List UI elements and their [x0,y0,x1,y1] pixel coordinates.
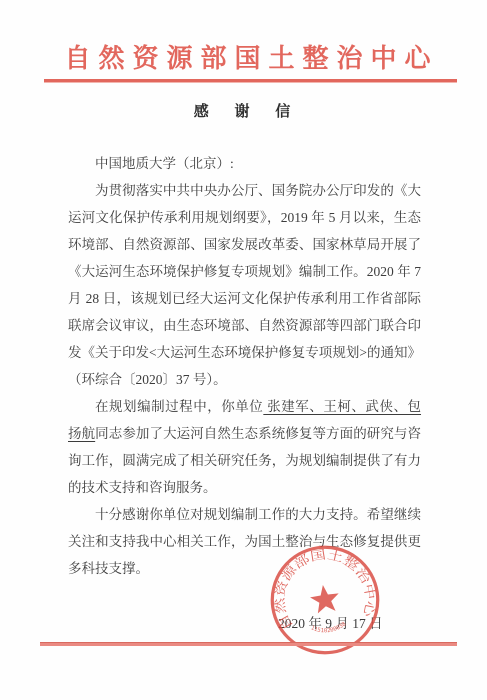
recipient-line: 中国地质大学（北京）: [68,150,421,177]
acknowledgement-prefix: 在规划编制过程中，你单位 [95,399,263,414]
paragraph-background-text: 为贯彻落实中共中央办公厅、国务院办公厅印发的《大运河文化保护传承利用规划纲要》，… [68,183,421,387]
letter-title: 感 谢 信 [0,100,487,121]
seal-code: 11510200038 [309,620,349,636]
acknowledgement-suffix: 同志参加了大运河自然生态系统修复等方面的研究与咨询工作，圆满完成了相关研究任务，… [68,426,421,495]
paragraph-background: 为贯彻落实中共中央办公厅、国务院办公厅印发的《大运河文化保护传承利用规划纲要》，… [68,177,421,393]
letterhead-rule [44,79,457,83]
footer-rule [40,642,457,646]
letter-page: 自然资源部国土整治中心 感 谢 信 中国地质大学（北京）: 为贯彻落实中共中央办… [0,0,487,700]
paragraph-acknowledgement: 在规划编制过程中，你单位 张建军、王柯、武侠、包扬航同志参加了大运河自然生态系统… [68,393,421,501]
seal-star-icon [309,583,341,614]
letterhead-org-name: 自然资源部国土整治中心 [0,38,487,75]
letter-body: 中国地质大学（北京）: 为贯彻落实中共中央办公厅、国务院办公厅印发的《大运河文化… [68,150,421,582]
